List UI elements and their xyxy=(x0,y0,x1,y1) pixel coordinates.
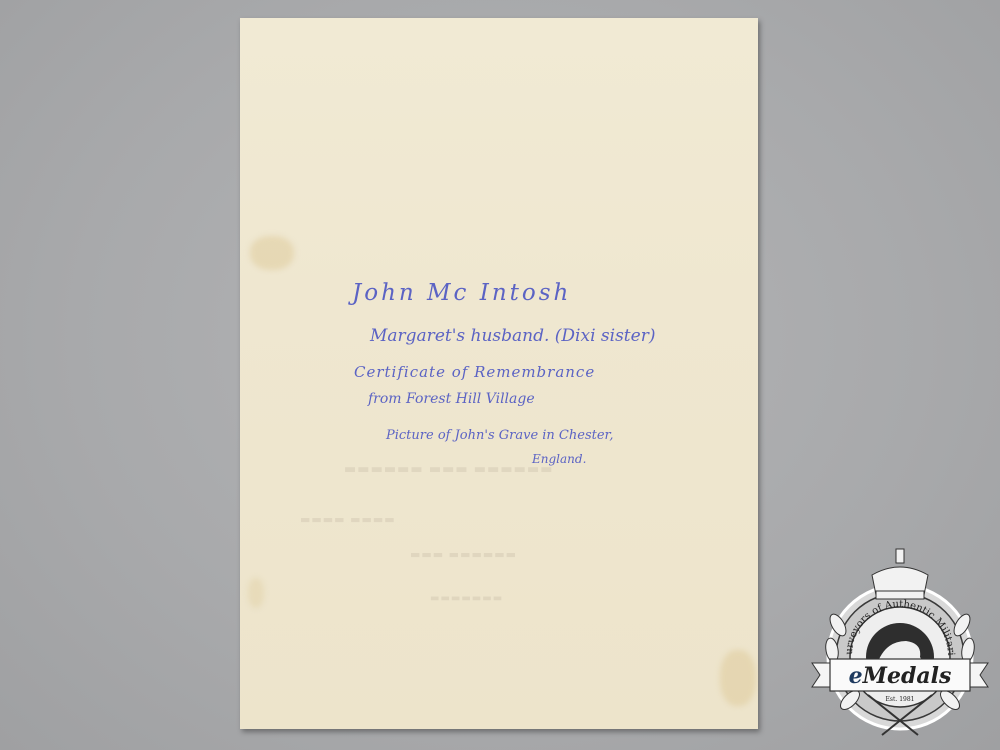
handwritten-relation: Margaret's husband. (Dixi sister) xyxy=(370,326,655,346)
bleed-through-text: ▬▬▬▬▬▬▬ xyxy=(430,593,503,604)
paper-stain xyxy=(720,650,756,706)
document-page: ▬▬▬▬▬▬ ▬▬▬ ▬▬▬▬▬▬ ▬▬▬▬ ▬▬▬▬ ▬▬▬ ▬▬▬▬▬▬ ▬… xyxy=(240,18,758,729)
handwritten-picture-note: Picture of John's Grave in Chester, xyxy=(386,428,613,443)
emedals-crest-icon: Purveyors of Authentic Militaria eMedals… xyxy=(810,545,990,745)
handwritten-certificate: Certificate of Remembrance xyxy=(354,363,595,381)
paper-stain xyxy=(248,578,264,608)
handwritten-name: John Mc Intosh xyxy=(352,280,571,306)
paper-stain xyxy=(250,236,294,270)
svg-text:eMedals: eMedals xyxy=(849,663,952,689)
handwritten-origin: from Forest Hill Village xyxy=(368,391,535,407)
bleed-through-text: ▬▬▬ ▬▬▬▬▬▬ xyxy=(410,548,517,561)
handwritten-country: England. xyxy=(532,452,586,466)
emedals-watermark-logo: Purveyors of Authentic Militaria eMedals… xyxy=(810,545,990,745)
bleed-through-text: ▬▬▬▬▬▬ ▬▬▬ ▬▬▬▬▬▬ xyxy=(344,462,554,477)
bleed-through-text: ▬▬▬▬ ▬▬▬▬ xyxy=(300,513,396,526)
svg-text:Est. 1981: Est. 1981 xyxy=(886,696,915,703)
